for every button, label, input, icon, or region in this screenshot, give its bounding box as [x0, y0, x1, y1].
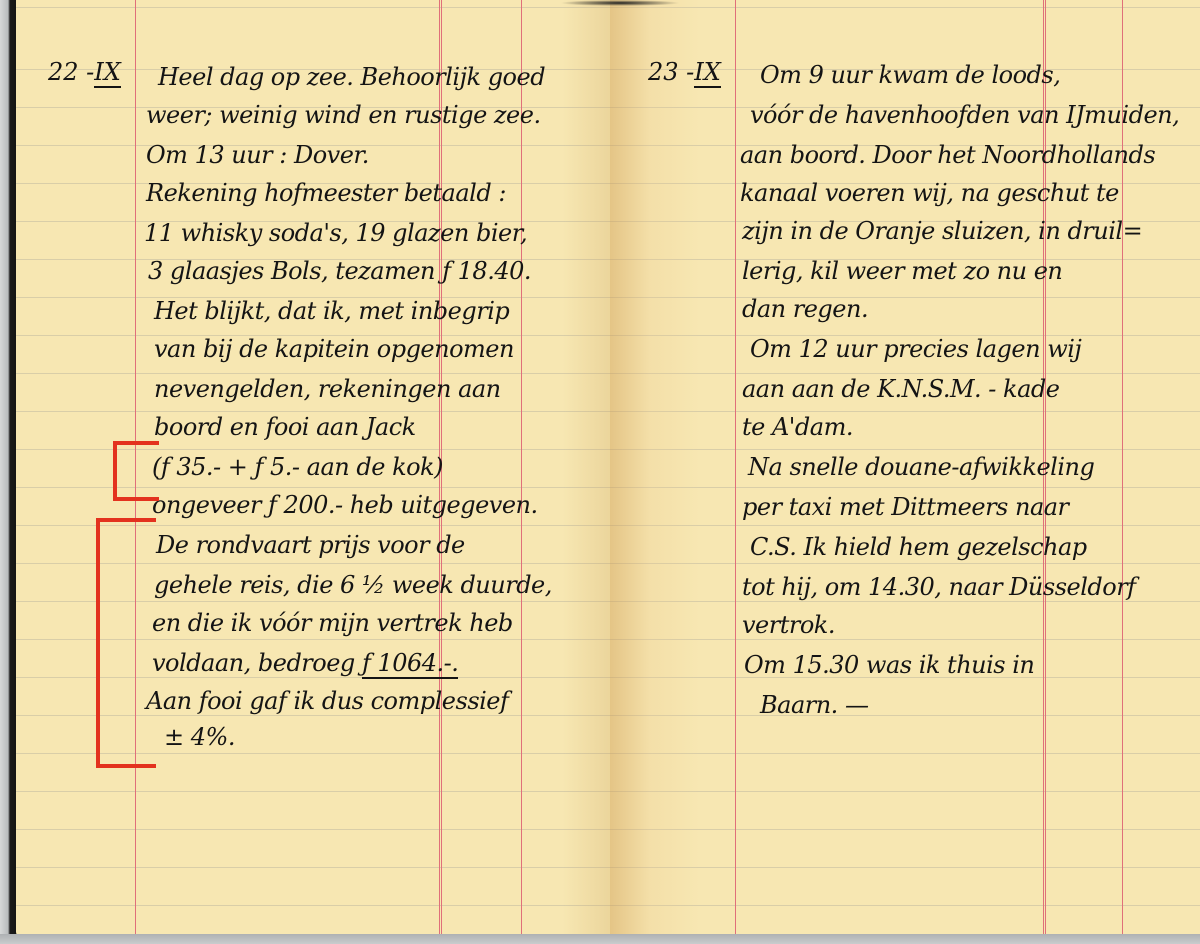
text-line: en die ik vóór mijn vertrek heb — [152, 608, 513, 638]
text-line: (ƒ 35.- + ƒ 5.- aan de kok) — [152, 452, 443, 482]
date-day: 23 - — [648, 58, 694, 86]
text-line: zijn in de Oranje sluizen, in druil= — [742, 216, 1142, 246]
total-amount: ƒ 1064.-. — [362, 649, 458, 679]
text-line: per taxi met Dittmeers naar — [742, 492, 1069, 522]
text-line: Aan fooi gaf ik dus complessief — [146, 686, 508, 716]
text-line: 11 whisky soda's, 19 glazen bier, — [144, 218, 527, 248]
text-line: Het blijkt, dat ik, met inbegrip — [154, 296, 509, 326]
scan-background — [0, 934, 1200, 944]
text-line: van bij de kapitein opgenomen — [154, 334, 514, 364]
date-month: IX — [94, 58, 121, 88]
text-line: Rekening hofmeester betaald : — [146, 178, 506, 208]
text-line: tot hij, om 14.30, naar Düsseldorf — [742, 572, 1136, 602]
text-line: aan aan de K.N.S.M. - kade — [742, 374, 1059, 404]
text-line: Na snelle douane-afwikkeling — [748, 452, 1094, 482]
date-month: IX — [694, 58, 721, 88]
text-line: Om 15.30 was ik thuis in — [744, 650, 1034, 680]
text-line: gehele reis, die 6 ½ week duurde, — [154, 570, 552, 600]
red-bracket-annotation — [113, 441, 159, 501]
column-line — [521, 0, 522, 936]
entry-date: 23 -IX — [648, 58, 721, 86]
text-fragment: voldaan, bedroeg — [152, 649, 362, 677]
text-line: dan regen. — [742, 294, 868, 324]
text-line: aan boord. Door het Noordhollands — [740, 140, 1155, 170]
text-line: ± 4%. — [164, 722, 235, 752]
text-line: Baarn. — — [760, 690, 868, 720]
text-line: voldaan, bedroeg ƒ 1064.-. — [152, 648, 458, 678]
text-line: Om 9 uur kwam de loods, — [760, 60, 1060, 90]
text-line: kanaal voeren wij, na geschut te — [740, 178, 1119, 208]
date-day: 22 - — [48, 58, 94, 86]
text-line: 3 glaasjes Bols, tezamen ƒ 18.40. — [148, 256, 531, 286]
text-line: boord en fooi aan Jack — [154, 412, 416, 442]
text-line: ongeveer ƒ 200.- heb uitgegeven. — [152, 490, 538, 520]
text-line: nevengelden, rekeningen aan — [154, 374, 501, 404]
text-line: Heel dag op zee. Behoorlijk goed — [158, 62, 545, 92]
text-line: C.S. Ik hield hem gezelschap — [750, 532, 1087, 562]
entry-date: 22 -IX — [48, 58, 121, 86]
margin-line — [735, 0, 736, 936]
right-page: 23 -IX Om 9 uur kwam de loods, vóór de h… — [610, 0, 1200, 936]
text-line: te A'dam. — [742, 412, 853, 442]
text-line: Om 13 uur : Dover. — [146, 140, 369, 170]
text-line: lerig, kil weer met zo nu en — [742, 256, 1062, 286]
text-line: De rondvaart prijs voor de — [156, 530, 465, 560]
text-line: vertrok. — [742, 610, 835, 640]
text-line: weer; weinig wind en rustige zee. — [146, 100, 541, 130]
gutter-shadow — [560, 0, 680, 6]
text-line: vóór de havenhoofden van IJmuiden, — [750, 100, 1179, 130]
text-line: Om 12 uur precies lagen wij — [750, 334, 1081, 364]
red-bracket-annotation — [96, 518, 156, 768]
left-page: 22 -IX Heel dag op zee. Behoorlijk goed … — [16, 0, 610, 936]
